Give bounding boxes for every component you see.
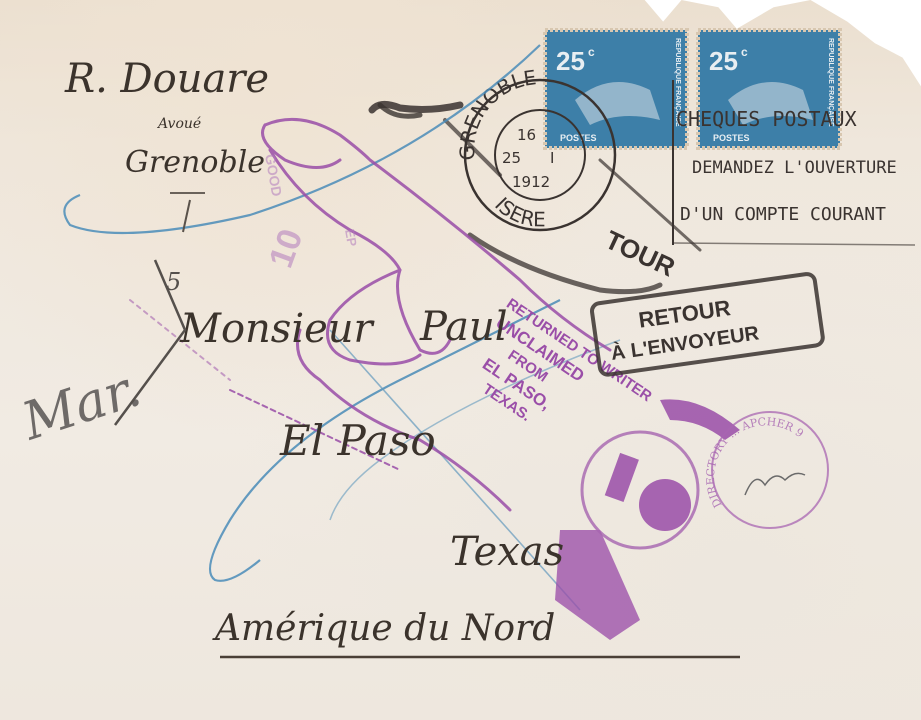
recipient-country: Amérique du Nord — [212, 608, 555, 649]
svg-text:5: 5 — [166, 268, 181, 296]
svg-text:10: 10 — [262, 224, 311, 273]
stamp-2-value: 25 — [709, 46, 738, 76]
svg-text:25: 25 — [502, 149, 521, 167]
svg-text:POSTES: POSTES — [560, 133, 597, 143]
svg-text:CHEQUES POSTAUX: CHEQUES POSTAUX — [676, 107, 857, 131]
svg-text:DEMANDEZ L'OUVERTURE: DEMANDEZ L'OUVERTURE — [692, 158, 897, 178]
recipient-name: Paul — [419, 304, 508, 350]
svg-text:D'UN COMPTE COURANT: D'UN COMPTE COURANT — [680, 204, 886, 225]
stamp-1: 25 c POSTES REPUBLIQUE FRANÇAISE — [545, 30, 687, 148]
purple-numeral-mark — [555, 399, 740, 640]
sender-title: Avoué — [156, 116, 201, 132]
sender-name: R. Douare — [64, 56, 269, 102]
recipient-state: Texas — [450, 529, 564, 575]
margin-pencil-note: Mar. 5 — [15, 260, 185, 453]
recipient-salutation: Monsieur — [179, 306, 376, 352]
svg-text:c: c — [741, 45, 748, 59]
svg-text:c: c — [588, 45, 595, 59]
sender-letterhead: R. Douare Avoué Grenoble — [64, 56, 269, 232]
svg-text:POSTES: POSTES — [713, 133, 750, 143]
faint-purple-stamp: GOOD 10 EP — [262, 153, 360, 273]
svg-text:ISERE: ISERE — [490, 192, 546, 231]
svg-text:I: I — [550, 149, 554, 167]
envelope-photo: 25 c POSTES REPUBLIQUE FRANÇAISE 25 c PO… — [0, 0, 921, 720]
retour-a-l-envoyeur-stamp: RETOUR À L'ENVOYEUR — [591, 273, 824, 376]
svg-text:EP: EP — [342, 228, 360, 248]
envelope-markings: 25 c POSTES REPUBLIQUE FRANÇAISE 25 c PO… — [0, 0, 921, 720]
svg-text:1912: 1912 — [512, 173, 550, 191]
recipient-city: El Paso — [279, 416, 436, 465]
svg-text:16: 16 — [517, 126, 536, 144]
svg-text:TOUR: TOUR — [601, 224, 680, 282]
stamp-1-value: 25 — [556, 46, 585, 76]
sender-city: Grenoble — [125, 145, 265, 180]
